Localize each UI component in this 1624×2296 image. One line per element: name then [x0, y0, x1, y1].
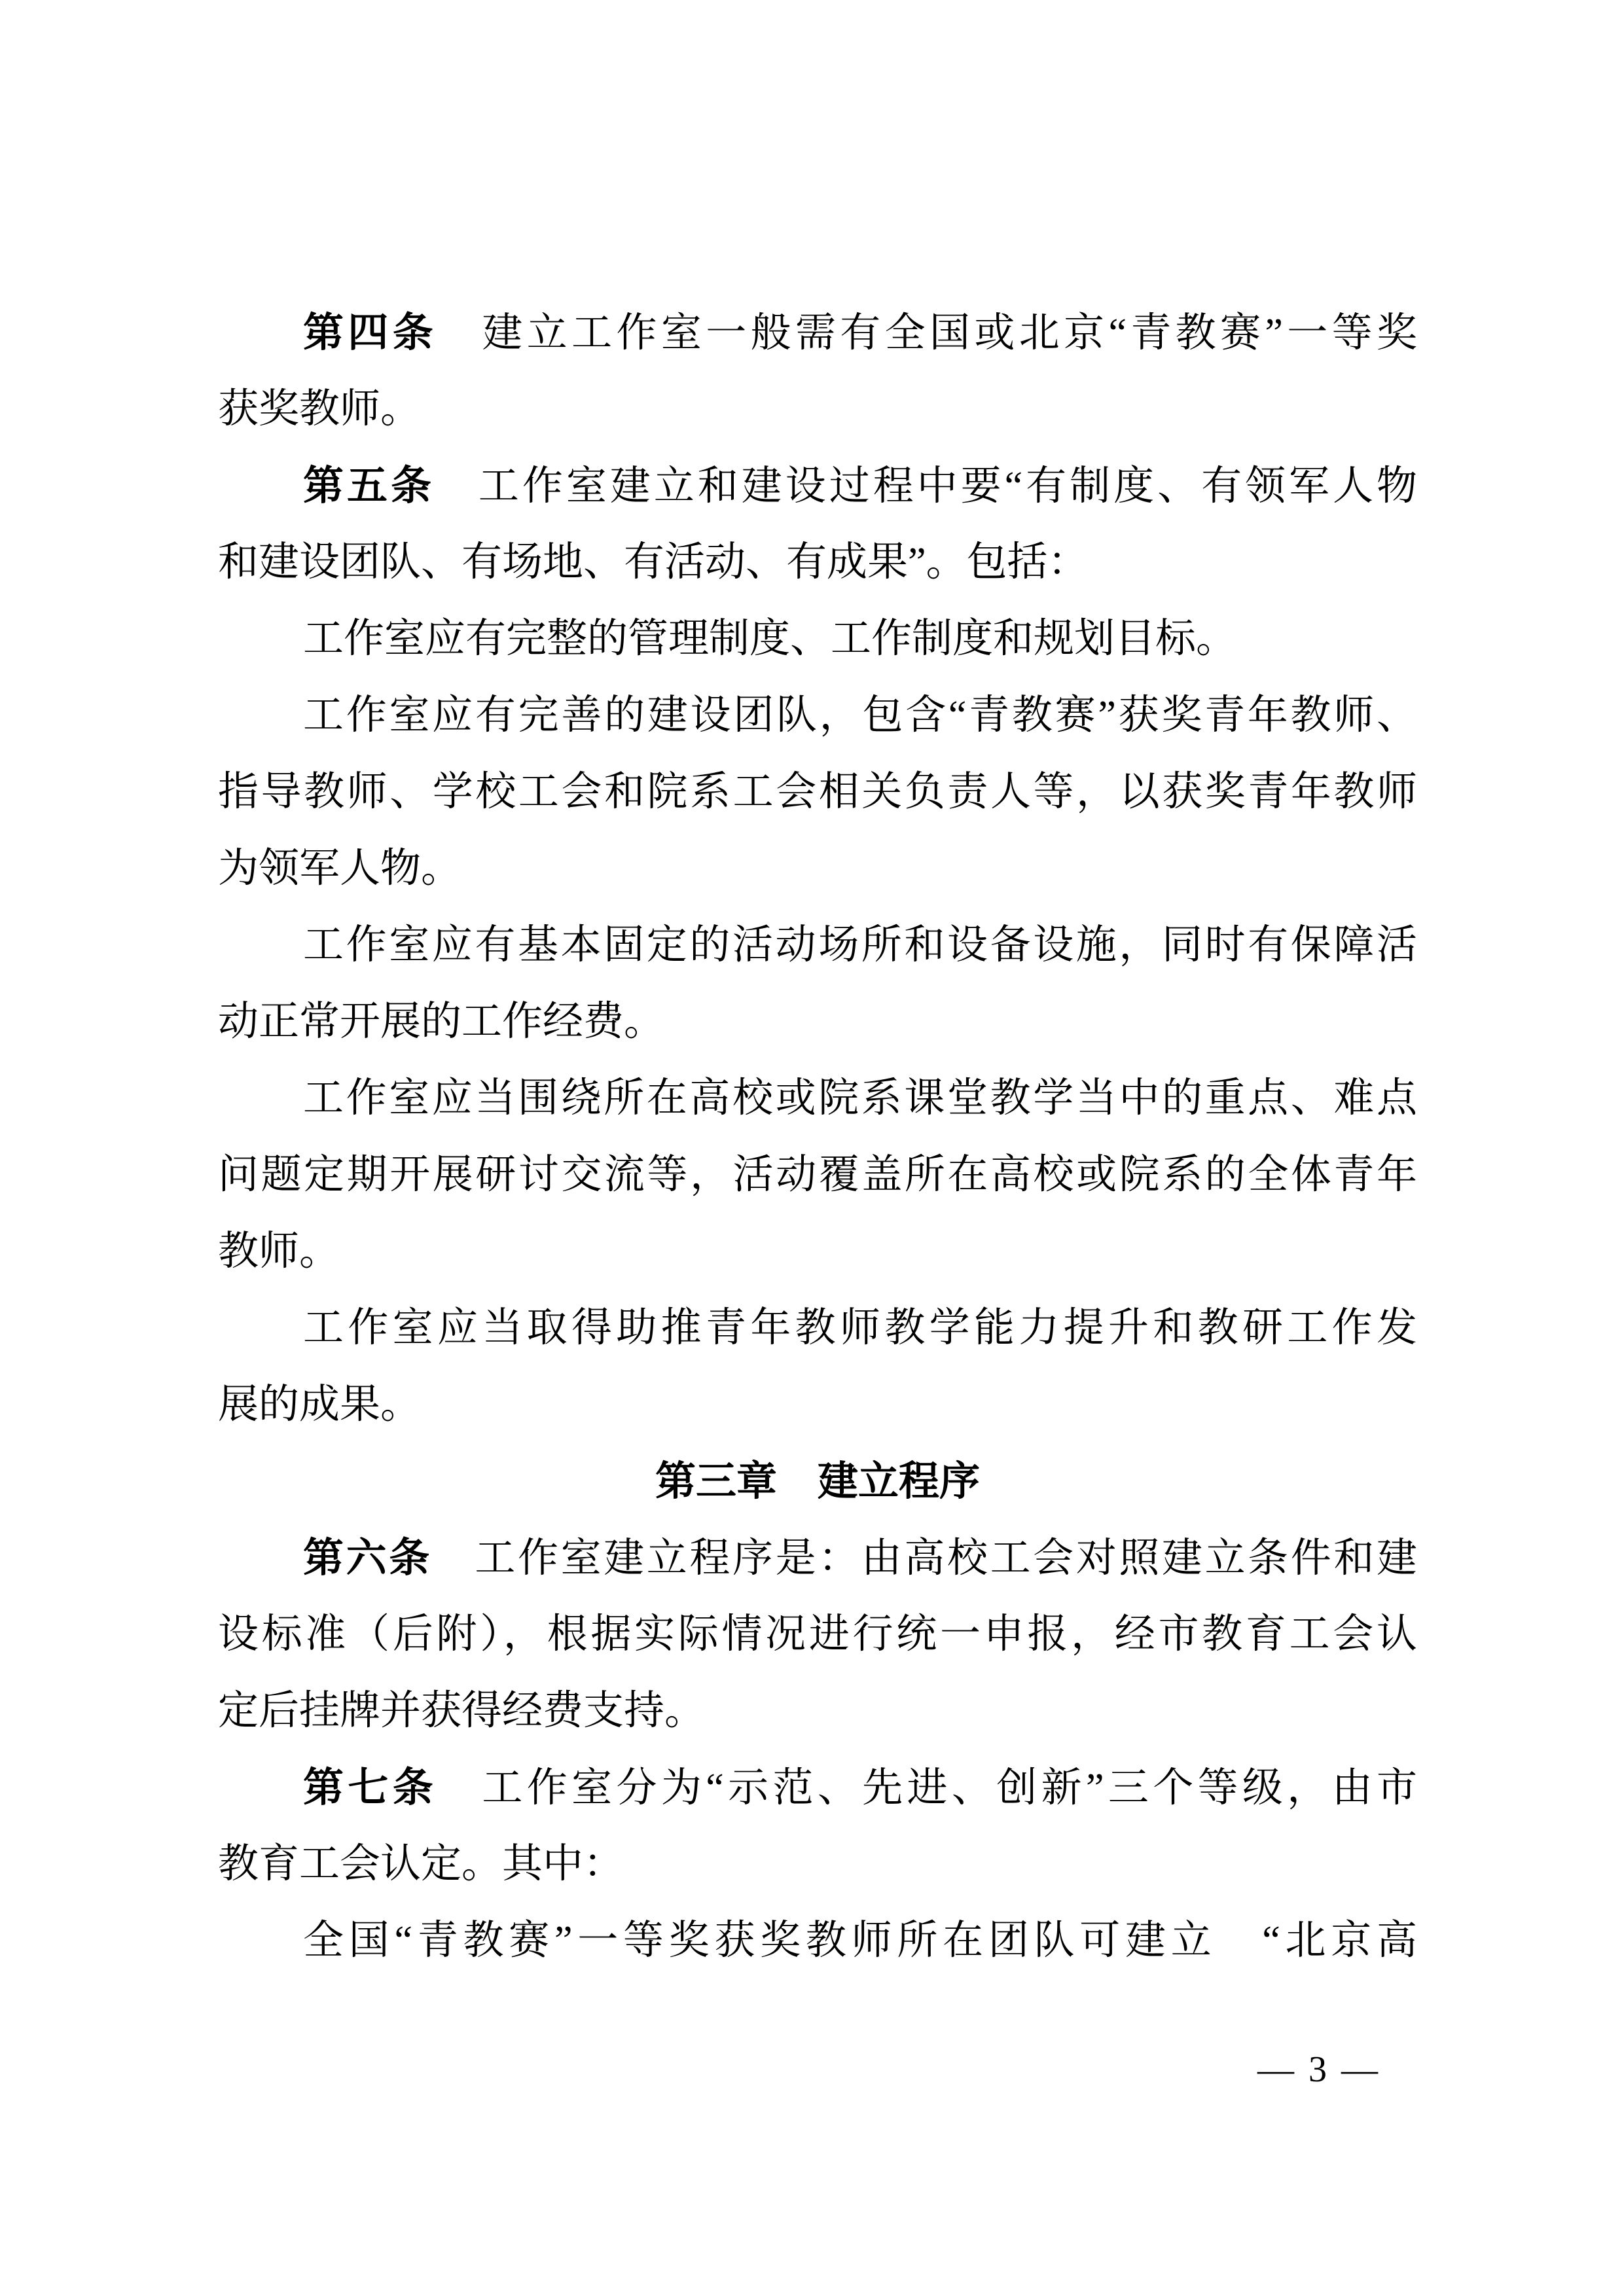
- line-text: 工作室应当取得助推青年教师教学能力提升和教研工作发: [303, 1306, 1417, 1350]
- body-line: 展的成果。: [218, 1367, 1417, 1443]
- article-number: 第七条: [303, 1765, 437, 1810]
- line-text: 工作室建立程序是：由高校工会对照建立条件和建: [432, 1536, 1417, 1581]
- document-body: 第四条 建立工作室一般需有全国或北京“青教赛”一等奖获奖教师。第五条 工作室建立…: [218, 295, 1417, 1979]
- article-number: 第六条: [303, 1535, 432, 1581]
- line-text: 获奖教师。: [218, 387, 421, 431]
- chapter-heading: 第三章 建立程序: [218, 1443, 1417, 1520]
- line-text: 工作室应有完整的管理制度、工作制度和规划目标。: [303, 617, 1236, 661]
- document-page: 第四条 建立工作室一般需有全国或北京“青教赛”一等奖获奖教师。第五条 工作室建立…: [0, 0, 1624, 2296]
- line-text: 全国“青教赛”一等奖获奖教师所在团队可建立 “北京高: [303, 1918, 1417, 1963]
- body-line: 工作室应有完整的管理制度、工作制度和规划目标。: [218, 601, 1417, 677]
- line-text: 和建设团队、有场地、有活动、有成果”。包括：: [218, 540, 1089, 584]
- article-number: 第四条: [303, 310, 437, 355]
- line-text: 工作室分为“示范、先进、创新”三个等级，由市: [437, 1766, 1417, 1810]
- body-line: 教育工会认定。其中：: [218, 1826, 1417, 1903]
- line-text: 工作室应有完善的建设团队，包含“青教赛”获奖青年教师、: [303, 693, 1417, 738]
- body-line: 全国“青教赛”一等奖获奖教师所在团队可建立 “北京高: [218, 1903, 1417, 1979]
- line-text: 教育工会认定。其中：: [218, 1842, 624, 1886]
- body-line: 指导教师、学校工会和院系工会相关负责人等，以获奖青年教师: [218, 754, 1417, 831]
- body-line: 工作室应有基本固定的活动场所和设备设施，同时有保障活: [218, 907, 1417, 984]
- body-line: 第五条 工作室建立和建设过程中要“有制度、有领军人物: [218, 448, 1417, 524]
- body-line: 第七条 工作室分为“示范、先进、创新”三个等级，由市: [218, 1749, 1417, 1826]
- article-number: 第五条: [303, 463, 435, 509]
- body-line: 获奖教师。: [218, 371, 1417, 448]
- body-line: 定后挂牌并获得经费支持。: [218, 1673, 1417, 1749]
- page-number: — 3 —: [1257, 2043, 1380, 2096]
- body-line: 第六条 工作室建立程序是：由高校工会对照建立条件和建: [218, 1520, 1417, 1596]
- body-line: 动正常开展的工作经费。: [218, 984, 1417, 1060]
- line-text: 为领军人物。: [218, 846, 461, 891]
- body-line: 工作室应当取得助推青年教师教学能力提升和教研工作发: [218, 1290, 1417, 1367]
- body-line: 和建设团队、有场地、有活动、有成果”。包括：: [218, 524, 1417, 601]
- body-line: 问题定期开展研讨交流等，活动覆盖所在高校或院系的全体青年: [218, 1137, 1417, 1213]
- body-line: 为领军人物。: [218, 831, 1417, 907]
- line-text: 问题定期开展研讨交流等，活动覆盖所在高校或院系的全体青年: [218, 1153, 1417, 1197]
- body-line: 第四条 建立工作室一般需有全国或北京“青教赛”一等奖: [218, 295, 1417, 371]
- line-text: 建立工作室一般需有全国或北京“青教赛”一等奖: [437, 311, 1417, 355]
- line-text: 设标准（后附），根据实际情况进行统一申报，经市教育工会认: [218, 1612, 1417, 1657]
- line-text: 动正常开展的工作经费。: [218, 999, 664, 1044]
- line-text: 教师。: [218, 1229, 340, 1274]
- body-line: 教师。: [218, 1213, 1417, 1290]
- line-text: 工作室应当围绕所在高校或院系课堂教学当中的重点、难点: [303, 1076, 1417, 1121]
- line-text: 定后挂牌并获得经费支持。: [218, 1689, 705, 1733]
- body-line: 设标准（后附），根据实际情况进行统一申报，经市教育工会认: [218, 1596, 1417, 1673]
- line-text: 工作室应有基本固定的活动场所和设备设施，同时有保障活: [303, 923, 1417, 967]
- body-line: 工作室应当围绕所在高校或院系课堂教学当中的重点、难点: [218, 1060, 1417, 1137]
- line-text: 工作室建立和建设过程中要“有制度、有领军人物: [435, 464, 1417, 509]
- line-text: 展的成果。: [218, 1382, 421, 1427]
- body-line: 工作室应有完善的建设团队，包含“青教赛”获奖青年教师、: [218, 677, 1417, 754]
- chapter-heading-text: 第三章 建立程序: [655, 1459, 980, 1504]
- line-text: 指导教师、学校工会和院系工会相关负责人等，以获奖青年教师: [218, 770, 1417, 814]
